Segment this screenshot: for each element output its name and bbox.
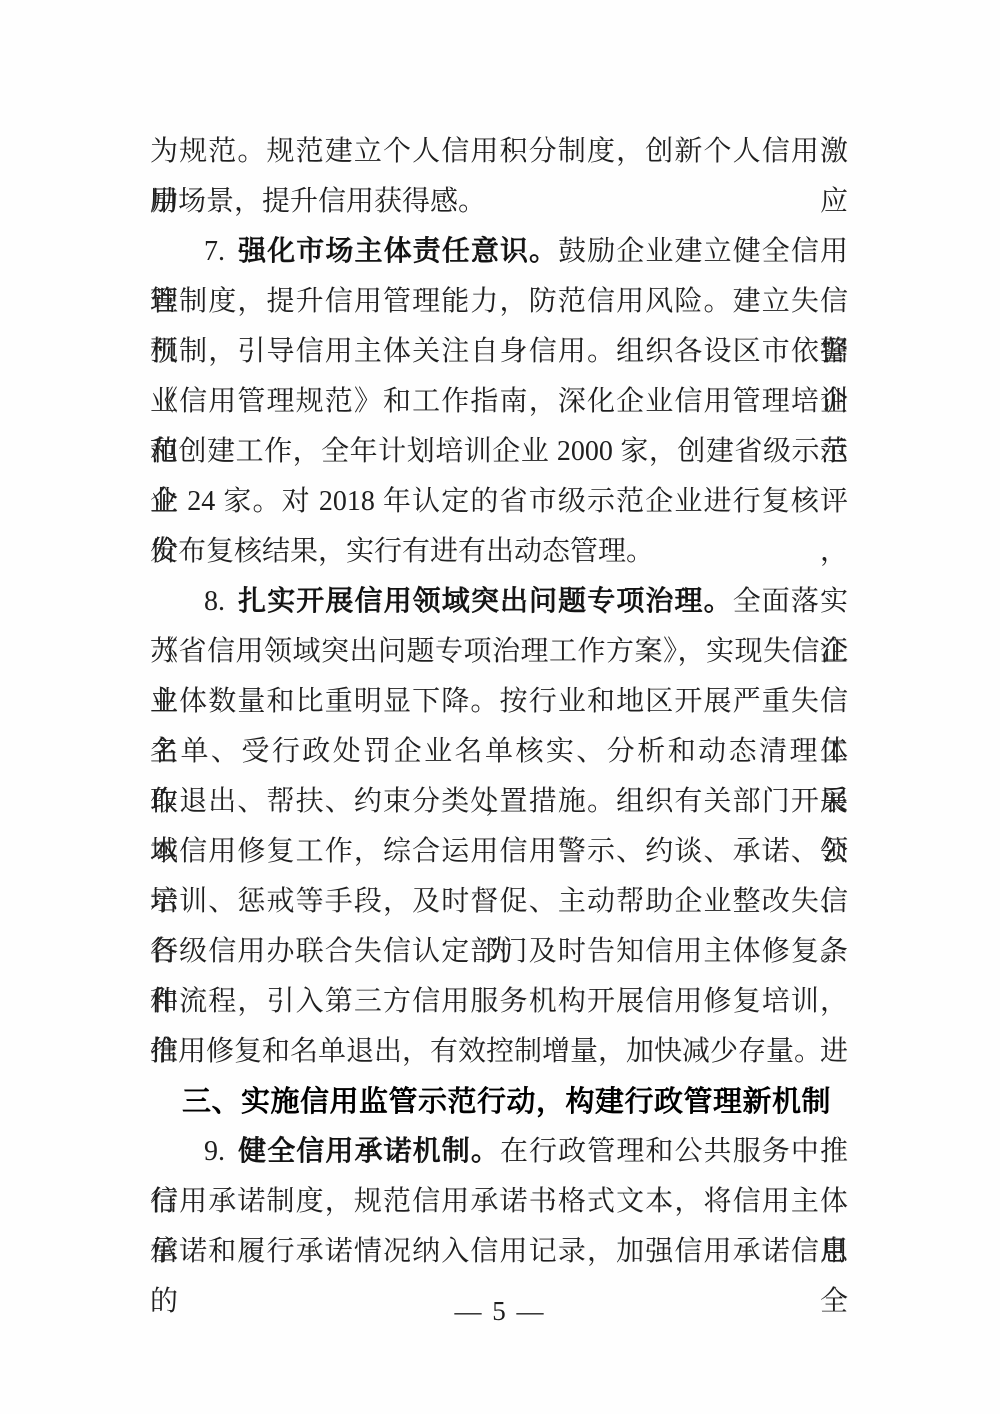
item-title: 健全信用承诺机制。 — [237, 1136, 500, 1167]
document-page: 为规范。规范建立个人信用积分制度，创新个人信用激励应用场景，提升信用获得感。7.… — [0, 0, 1000, 1414]
line-text: 三、实施信用监管示范行动，构建行政管理新机制 — [182, 1086, 831, 1118]
section-heading: 三、实施信用监管示范行动，构建行政管理新机制 — [150, 1077, 848, 1127]
text-line: 名单、受行政处罚企业名单核实、分析和动态清理工作，采 — [150, 727, 848, 777]
document-body: 为规范。规范建立个人信用积分制度，创新个人信用激励应用场景，提升信用获得感。7.… — [150, 127, 848, 1277]
line-text: 用场景，提升信用获得感。 — [150, 186, 486, 217]
item-title: 强化市场主体责任意识。 — [237, 236, 558, 267]
text-line: 域信用修复工作，综合运用信用警示、约谈、承诺、公示、 — [150, 827, 848, 877]
text-line: 主体数量和比重明显下降。按行业和地区开展严重失信主体 — [150, 677, 848, 727]
text-line: 信用承诺制度，规范信用承诺书格式文本，将信用主体信用 — [150, 1177, 848, 1227]
item-number: 8. — [204, 586, 225, 617]
page-number-label: — 5 — — [455, 1296, 546, 1326]
page-footer: — 5 — — [0, 1296, 1000, 1326]
text-line: 7.强化市场主体责任意识。鼓励企业建立健全信用管 — [150, 227, 848, 277]
item-title: 扎实开展信用领域突出问题专项治理。 — [237, 586, 733, 617]
text-line: 范创建工作，全年计划培训企业 2000 家，创建省级示范企 — [150, 427, 848, 477]
text-line: 承诺和履行承诺情况纳入信用记录，加强信用承诺信息的全 — [150, 1227, 848, 1277]
text-line: 业 24 家。对 2018 年认定的省市级示范企业进行复核评价， — [150, 477, 848, 527]
text-line: 各级信用办联合失信认定部门及时告知信用主体修复条件 — [150, 927, 848, 977]
text-line: 9.健全信用承诺机制。在行政管理和公共服务中推行 — [150, 1127, 848, 1177]
text-line: 理制度，提升信用管理能力，防范信用风险。建立失信预警 — [150, 277, 848, 327]
text-line: 培训、惩戒等手段，及时督促、主动帮助企业整改失信行为。 — [150, 877, 848, 927]
line-text: 信用修复和名单退出，有效控制增量，加快减少存量。 — [150, 1036, 822, 1067]
text-line: 苏省信用领域突出问题专项治理工作方案》，实现失信企业 — [150, 627, 848, 677]
line-text: 发布复核结果，实行有进有出动态管理。 — [150, 536, 654, 567]
text-line: 机制，引导信用主体关注自身信用。组织各设区市依据《企 — [150, 327, 848, 377]
text-line: 8.扎实开展信用领域突出问题专项治理。全面落实《江 — [150, 577, 848, 627]
item-number: 9. — [204, 1136, 225, 1167]
text-line: 取退出、帮扶、约束分类处置措施。组织有关部门开展本领 — [150, 777, 848, 827]
text-line: 为规范。规范建立个人信用积分制度，创新个人信用激励应 — [150, 127, 848, 177]
text-line: 业信用管理规范》和工作指南，深化企业信用管理培训和示 — [150, 377, 848, 427]
text-line: 和流程，引入第三方信用服务机构开展信用修复培训，推进 — [150, 977, 848, 1027]
item-number: 7. — [204, 236, 225, 267]
text-line: 信用修复和名单退出，有效控制增量，加快减少存量。 — [150, 1027, 848, 1077]
